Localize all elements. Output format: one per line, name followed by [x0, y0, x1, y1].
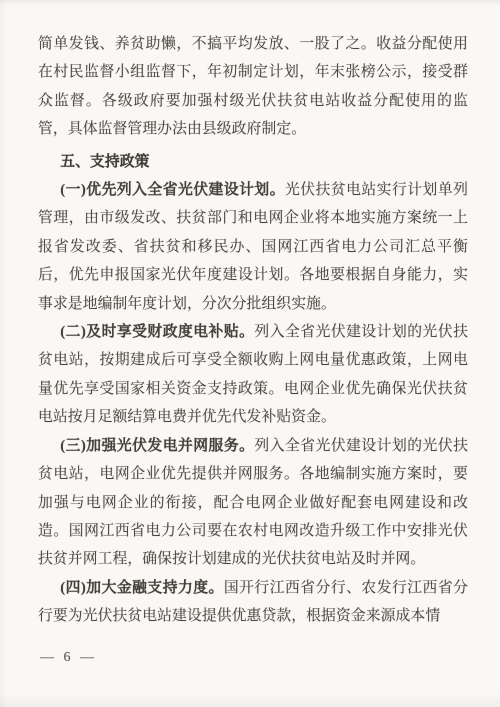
policy-item-1: (一)优先列入全省光伏建设计划。光伏扶贫电站实行计划单列管理，由市级发改、扶贫部…: [38, 176, 468, 318]
policy-item-2: (二)及时享受财政度电补贴。列入全省光伏建设计划的光伏扶贫电站，按期建成后可享受…: [38, 318, 468, 432]
section-heading: 五、支持政策: [38, 148, 468, 176]
policy-item-3-lead: (三)加强光伏发电并网服务。: [60, 438, 254, 454]
policy-item-3: (三)加强光伏发电并网服务。列入全省光伏建设计划的光伏扶贫电站，电网企业优先提供…: [38, 432, 468, 574]
policy-item-4-lead: (四)加大金融支持力度。: [60, 580, 224, 596]
policy-item-4: (四)加大金融支持力度。国开行江西省分行、农发行江西省分行要为光伏扶贫电站建设提…: [38, 574, 468, 631]
document-text-block: 简单发钱、养贫助懒，不搞平均发放、一股了之。收益分配使用在村民监督小组监督下，年…: [38, 30, 468, 631]
scanned-document-page: { "page": { "background_color": "#f9f8f5…: [0, 0, 500, 707]
policy-item-1-lead: (一)优先列入全省光伏建设计划。: [60, 182, 285, 198]
page-number: — 6 —: [40, 648, 97, 668]
policy-item-1-body: 光伏扶贫电站实行计划单列管理，由市级发改、扶贫部门和电网企业将本地实施方案统一上…: [38, 182, 468, 312]
continued-paragraph: 简单发钱、养贫助懒，不搞平均发放、一股了之。收益分配使用在村民监督小组监督下，年…: [38, 30, 468, 144]
policy-item-3-body: 列入全省光伏建设计划的光伏扶贫电站，电网企业优先提供并网服务。各地编制实施方案时…: [38, 438, 468, 568]
policy-item-2-lead: (二)及时享受财政度电补贴。: [60, 324, 254, 340]
